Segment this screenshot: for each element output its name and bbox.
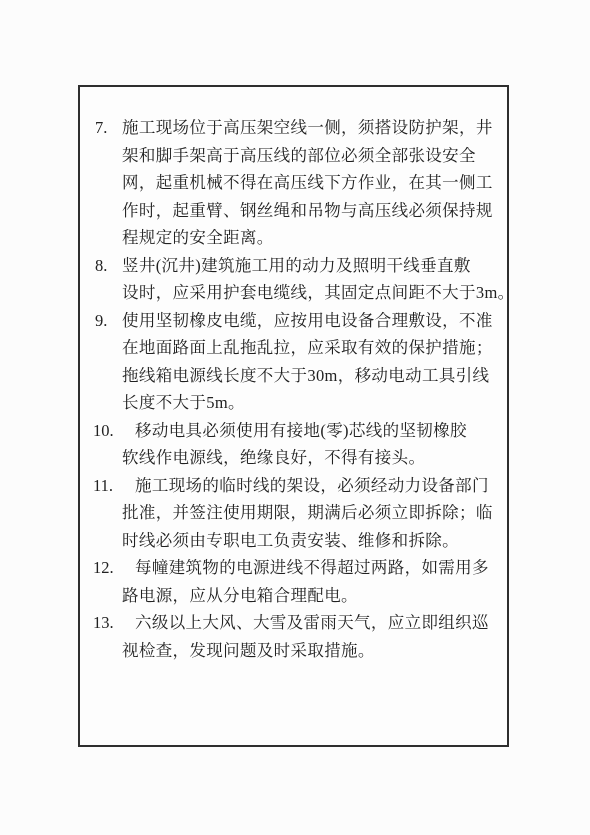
list-item-first-line: 11.施工现场的临时线的架设，必须经动力设备部门 bbox=[80, 472, 507, 500]
list-item-number: 12. bbox=[80, 554, 135, 582]
list-item-line: 视检查，发现问题及时采取措施。 bbox=[80, 637, 507, 665]
list-item-number: 8. bbox=[80, 252, 122, 280]
list-item: 13.六级以上大风、大雪及雷雨天气，应立即组织巡视检查，发现问题及时采取措施。 bbox=[80, 609, 507, 664]
list-item-text: 移动电具必须使用有接地(零)芯线的坚韧橡胶 bbox=[135, 421, 467, 440]
list-item: 12.每幢建筑物的电源进线不得超过两路，如需用多路电源，应从分电箱合理配电。 bbox=[80, 554, 507, 609]
list-item-line: 程规定的安全距离。 bbox=[80, 224, 507, 252]
list-item-text: 使用坚韧橡皮电缆，应按用电设备合理敷设，不准 bbox=[122, 311, 493, 330]
list-item: 11.施工现场的临时线的架设，必须经动力设备部门批准，并签注使用期限，期满后必须… bbox=[80, 472, 507, 555]
list-item-line: 批准，并签注使用期限，期满后必须立即拆除；临 bbox=[80, 499, 507, 527]
list-item-number: 13. bbox=[80, 609, 135, 637]
list-item-text: 六级以上大风、大雪及雷雨天气，应立即组织巡 bbox=[135, 613, 489, 632]
list-item: 8.竖井(沉井)建筑施工用的动力及照明干线垂直敷设时，应采用护套电缆线，其固定点… bbox=[80, 252, 507, 307]
list-item-first-line: 7.施工现场位于高压架空线一侧，须搭设防护架，井 bbox=[80, 114, 507, 142]
list-item-number: 7. bbox=[80, 114, 122, 142]
safety-rules-list: 7.施工现场位于高压架空线一侧，须搭设防护架，井架和脚手架高于高压线的部位必须全… bbox=[80, 87, 507, 664]
document-frame: 7.施工现场位于高压架空线一侧，须搭设防护架，井架和脚手架高于高压线的部位必须全… bbox=[78, 85, 509, 747]
list-item-first-line: 9.使用坚韧橡皮电缆，应按用电设备合理敷设，不准 bbox=[80, 307, 507, 335]
list-item-number: 10. bbox=[80, 417, 135, 445]
list-item-line: 在地面路面上乱拖乱拉，应采取有效的保护措施； bbox=[80, 334, 507, 362]
list-item-number: 11. bbox=[80, 472, 135, 500]
list-item-line: 路电源，应从分电箱合理配电。 bbox=[80, 582, 507, 610]
list-item-line: 架和脚手架高于高压线的部位必须全部张设安全 bbox=[80, 142, 507, 170]
list-item-first-line: 13.六级以上大风、大雪及雷雨天气，应立即组织巡 bbox=[80, 609, 507, 637]
list-item-line: 时线必须由专职电工负责安装、维修和拆除。 bbox=[80, 527, 507, 555]
list-item: 9.使用坚韧橡皮电缆，应按用电设备合理敷设，不准在地面路面上乱拖乱拉，应采取有效… bbox=[80, 307, 507, 417]
list-item-first-line: 12.每幢建筑物的电源进线不得超过两路，如需用多 bbox=[80, 554, 507, 582]
list-item-number: 9. bbox=[80, 307, 122, 335]
list-item-line: 软线作电源线，绝缘良好，不得有接头。 bbox=[80, 444, 507, 472]
list-item-line: 长度不大于5m。 bbox=[80, 389, 507, 417]
list-item-line: 作时，起重臂、钢丝绳和吊物与高压线必须保持规 bbox=[80, 197, 507, 225]
list-item-first-line: 10.移动电具必须使用有接地(零)芯线的坚韧橡胶 bbox=[80, 417, 507, 445]
list-item-line: 拖线箱电源线长度不大于30m，移动电动工具引线 bbox=[80, 362, 507, 390]
list-item-line: 设时，应采用护套电缆线，其固定点间距不大于3m。 bbox=[80, 279, 507, 307]
list-item-text: 竖井(沉井)建筑施工用的动力及照明干线垂直敷 bbox=[122, 256, 471, 275]
list-item-first-line: 8.竖井(沉井)建筑施工用的动力及照明干线垂直敷 bbox=[80, 252, 507, 280]
list-item-line: 网，起重机械不得在高压线下方作业，在其一侧工 bbox=[80, 169, 507, 197]
list-item-text: 施工现场的临时线的架设，必须经动力设备部门 bbox=[135, 476, 489, 495]
list-item: 7.施工现场位于高压架空线一侧，须搭设防护架，井架和脚手架高于高压线的部位必须全… bbox=[80, 114, 507, 252]
list-item-text: 施工现场位于高压架空线一侧，须搭设防护架，井 bbox=[122, 118, 493, 137]
list-item-text: 每幢建筑物的电源进线不得超过两路，如需用多 bbox=[135, 558, 489, 577]
list-item: 10.移动电具必须使用有接地(零)芯线的坚韧橡胶软线作电源线，绝缘良好，不得有接… bbox=[80, 417, 507, 472]
